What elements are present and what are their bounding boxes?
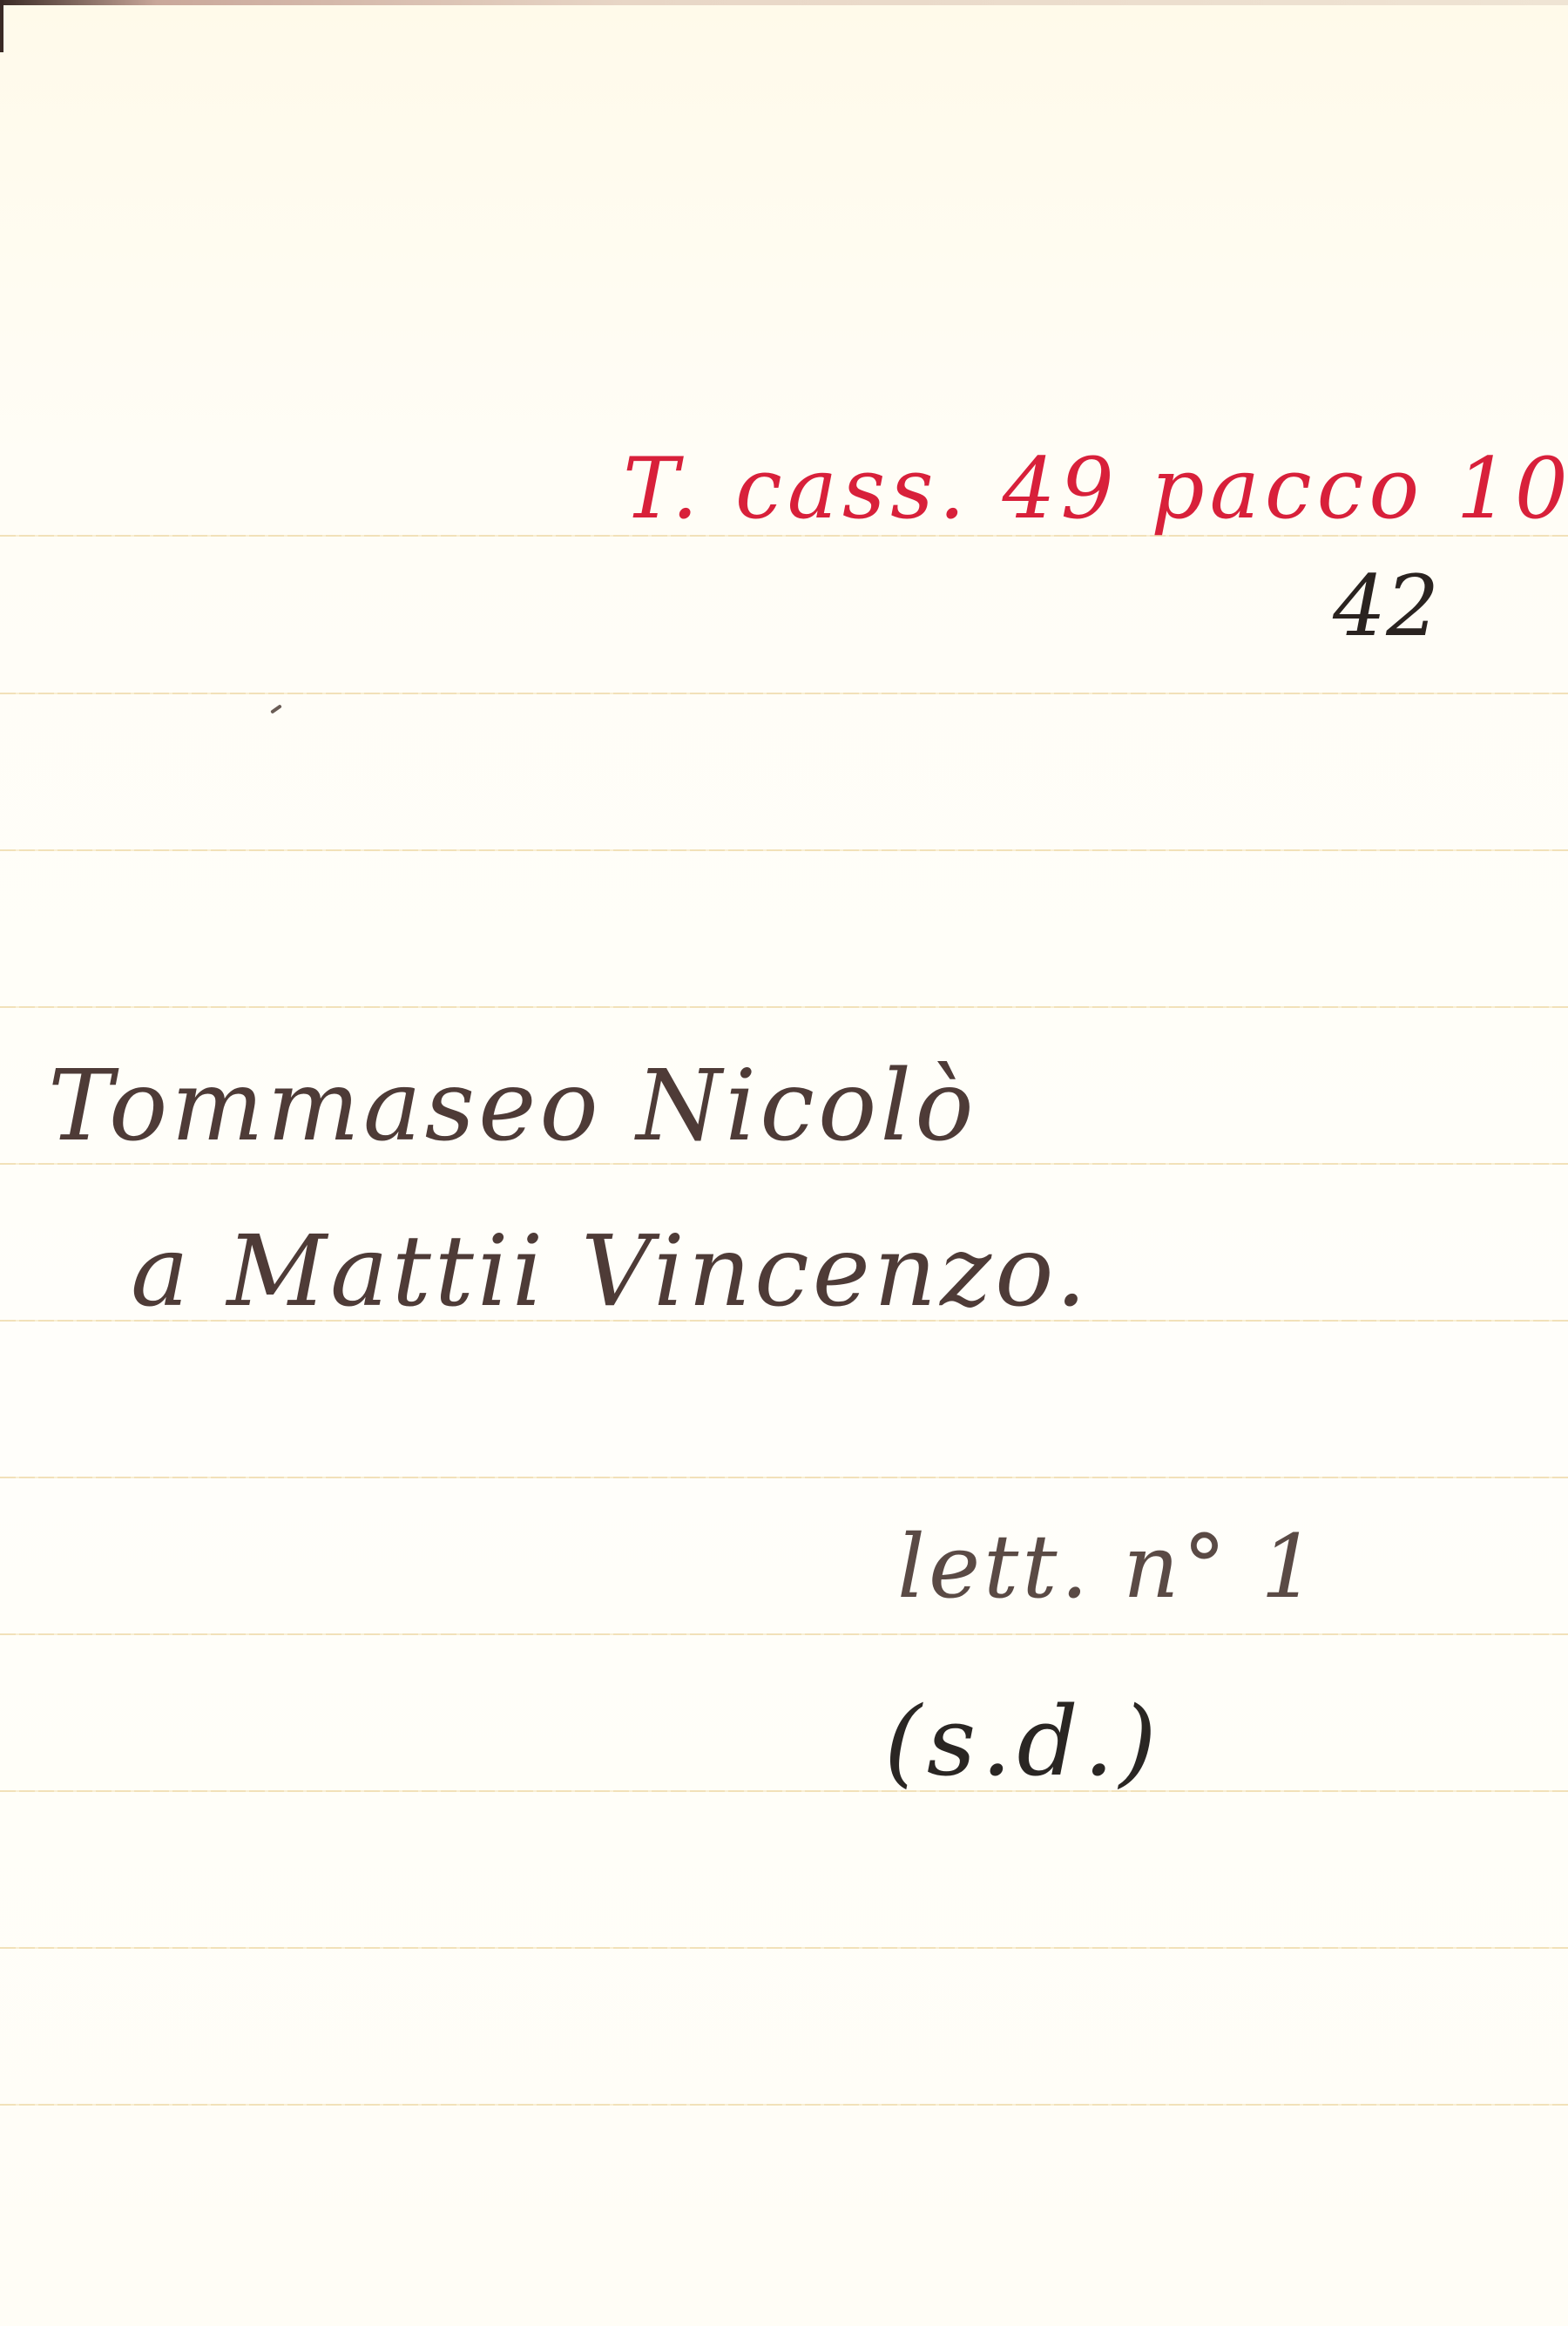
title-line-2: a Mattii Vincenzo. — [131, 1215, 1090, 1329]
ruled-line — [0, 1163, 1568, 1165]
letter-number: lett. n° 1 — [897, 1516, 1320, 1618]
archival-reference: T. cass. 49 pacco 102. — [623, 440, 1568, 538]
ruled-line — [0, 849, 1568, 851]
ruled-line — [0, 1006, 1568, 1008]
ruled-line — [0, 1633, 1568, 1635]
title-line-1: Tommaseo Nicolò — [48, 1050, 977, 1163]
card-top-edge — [0, 0, 1568, 5]
ruled-line — [0, 1947, 1568, 1949]
ink-speck — [270, 704, 282, 713]
ruled-line — [0, 1790, 1568, 1792]
archival-sub-number: 42 — [1333, 558, 1439, 655]
card-left-edge — [0, 0, 3, 52]
index-card: T. cass. 49 pacco 102. 42 Tommaseo Nicol… — [0, 0, 1568, 2326]
ruled-line — [0, 2104, 1568, 2106]
ruled-line — [0, 1477, 1568, 1478]
ruled-line — [0, 693, 1568, 694]
date-note: (s.d.) — [884, 1686, 1162, 1797]
